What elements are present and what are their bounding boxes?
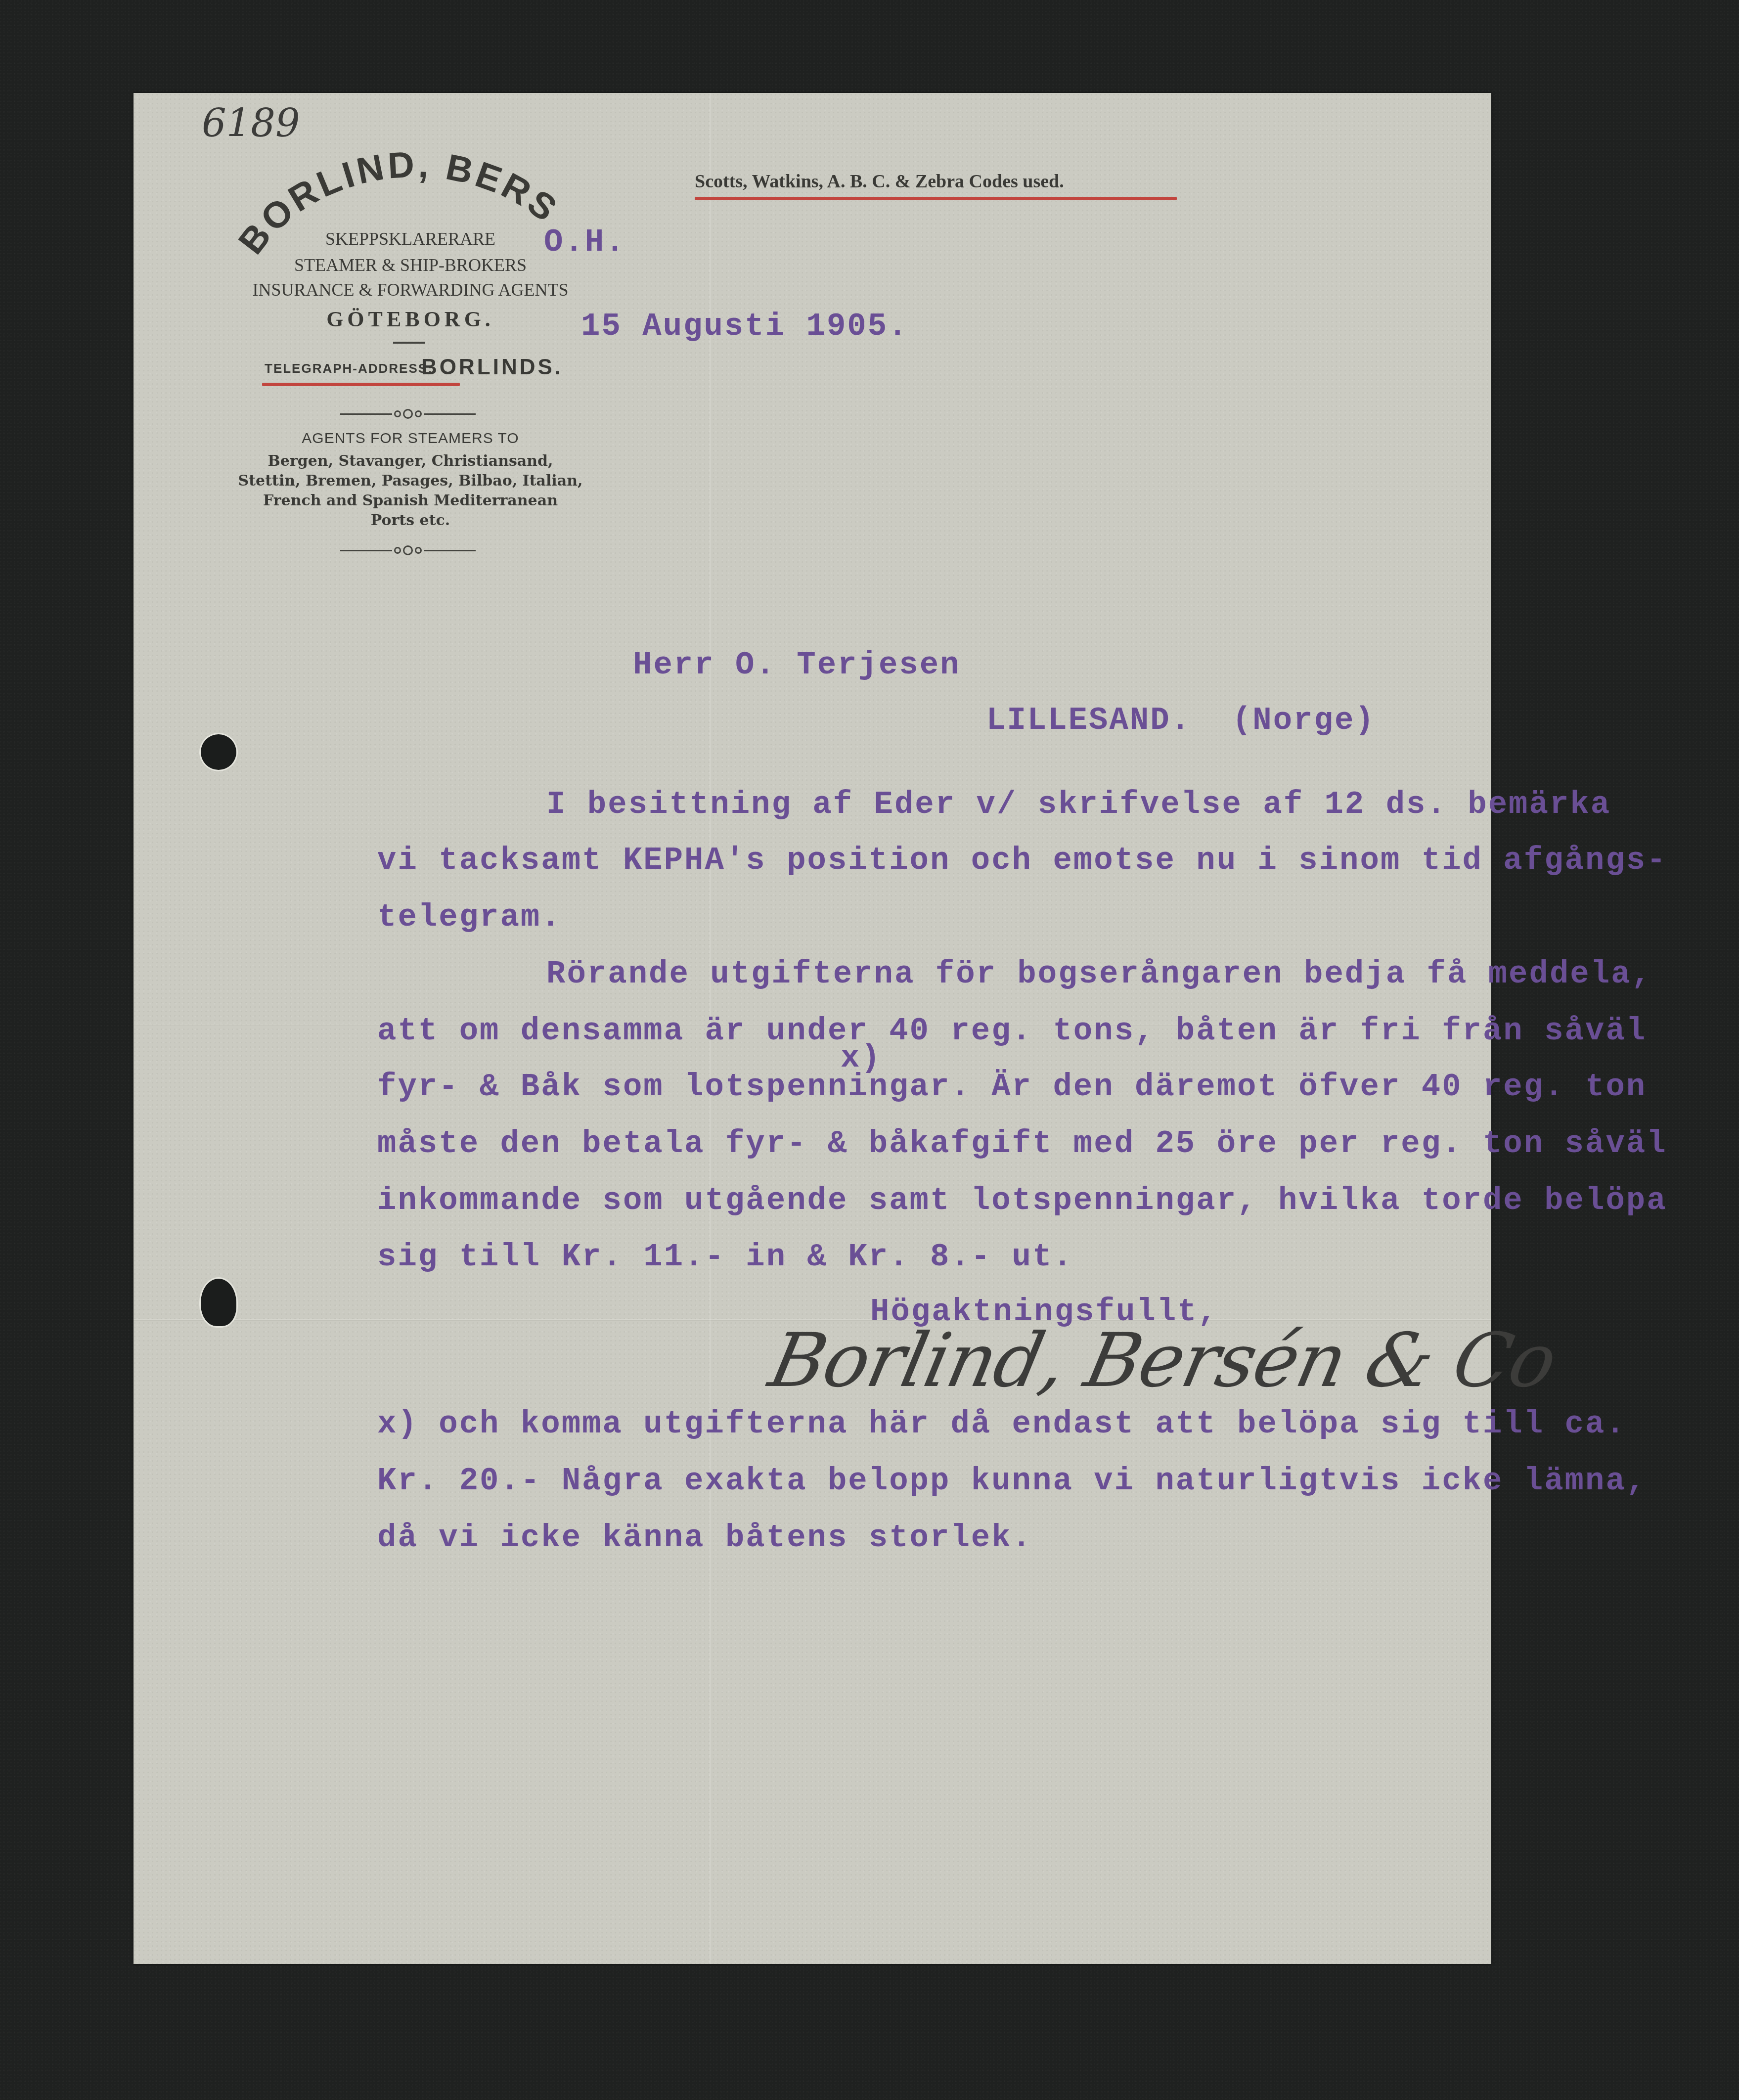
postscript-line-2: Kr. 20.- Några exakta belopp kunna vi na… [377,1464,1647,1499]
svg-text:BORLIND, BERSÉN & CO.: BORLIND, BERSÉN & CO. [0,0,567,262]
ports-line-1: Bergen, Stavanger, Christiansand, [268,452,553,470]
telegraph-address: BORLINDS. [421,355,563,380]
body-line-6: fyr- & Båk som lotspenningar. Är den där… [377,1070,1647,1105]
trade-english: STEAMER & SHIP-BROKERS [294,255,527,275]
city-name: GÖTEBORG. [326,307,494,332]
company-name-text: BORLIND, BERSÉN & CO. [0,0,567,262]
letter-date: 15 Augusti 1905. [581,309,909,345]
telegraph-codes: Scotts, Watkins, A. B. C. & Zebra Codes … [695,171,1064,192]
signature: Borlind, Bersén & Co [762,1318,1563,1404]
body-line-5: att om densamma är under 40 reg. tons, b… [377,1014,1647,1049]
codes-underline [695,197,1177,200]
punch-hole-top [201,734,236,770]
body-line-7: måste den betala fyr- & båkafgift med 25… [377,1126,1667,1162]
ornament-divider-bottom [340,545,476,555]
recipient-place: LILLESAND. (Norge) [986,703,1376,739]
body-line-3: telegram. [377,900,562,936]
postscript-line-1: x) och komma utgifterna här då endast at… [377,1407,1626,1442]
recipient-name: Herr O. Terjesen [633,648,961,683]
body-line-8: inkommande som utgående samt lotspenning… [377,1183,1667,1219]
postscript-line-3: då vi icke känna båtens storlek. [377,1520,1032,1556]
trade-swedish: SKEPPSKLARERARE [325,228,495,249]
ports-line-4: Ports etc. [371,512,450,529]
body-line-1: I besittning af Eder v/ skrifvelse af 12… [546,787,1611,823]
agents-heading: AGENTS FOR STEAMERS TO [302,430,519,447]
ports-line-3: French and Spanish Mediterranean [263,492,558,509]
body-line-2: vi tacksamt KEPHA's position och emotse … [377,843,1667,879]
telegraph-label: TELEGRAPH-ADDRESS: [265,361,433,376]
letterhead-divider [393,342,425,344]
sender-initials: O.H. [544,225,626,261]
ornament-divider-top [340,409,476,419]
punch-hole-bottom [201,1279,236,1326]
body-line-9: sig till Kr. 11.- in & Kr. 8.- ut. [377,1240,1073,1275]
body-line-4: Rörande utgifterna för bogserångaren bed… [546,957,1652,992]
telegraph-underline [262,383,460,386]
ports-line-2: Stettin, Bremen, Pasages, Bilbao, Italia… [238,472,583,490]
trade-insurance: INSURANCE & FORWARDING AGENTS [252,279,568,300]
